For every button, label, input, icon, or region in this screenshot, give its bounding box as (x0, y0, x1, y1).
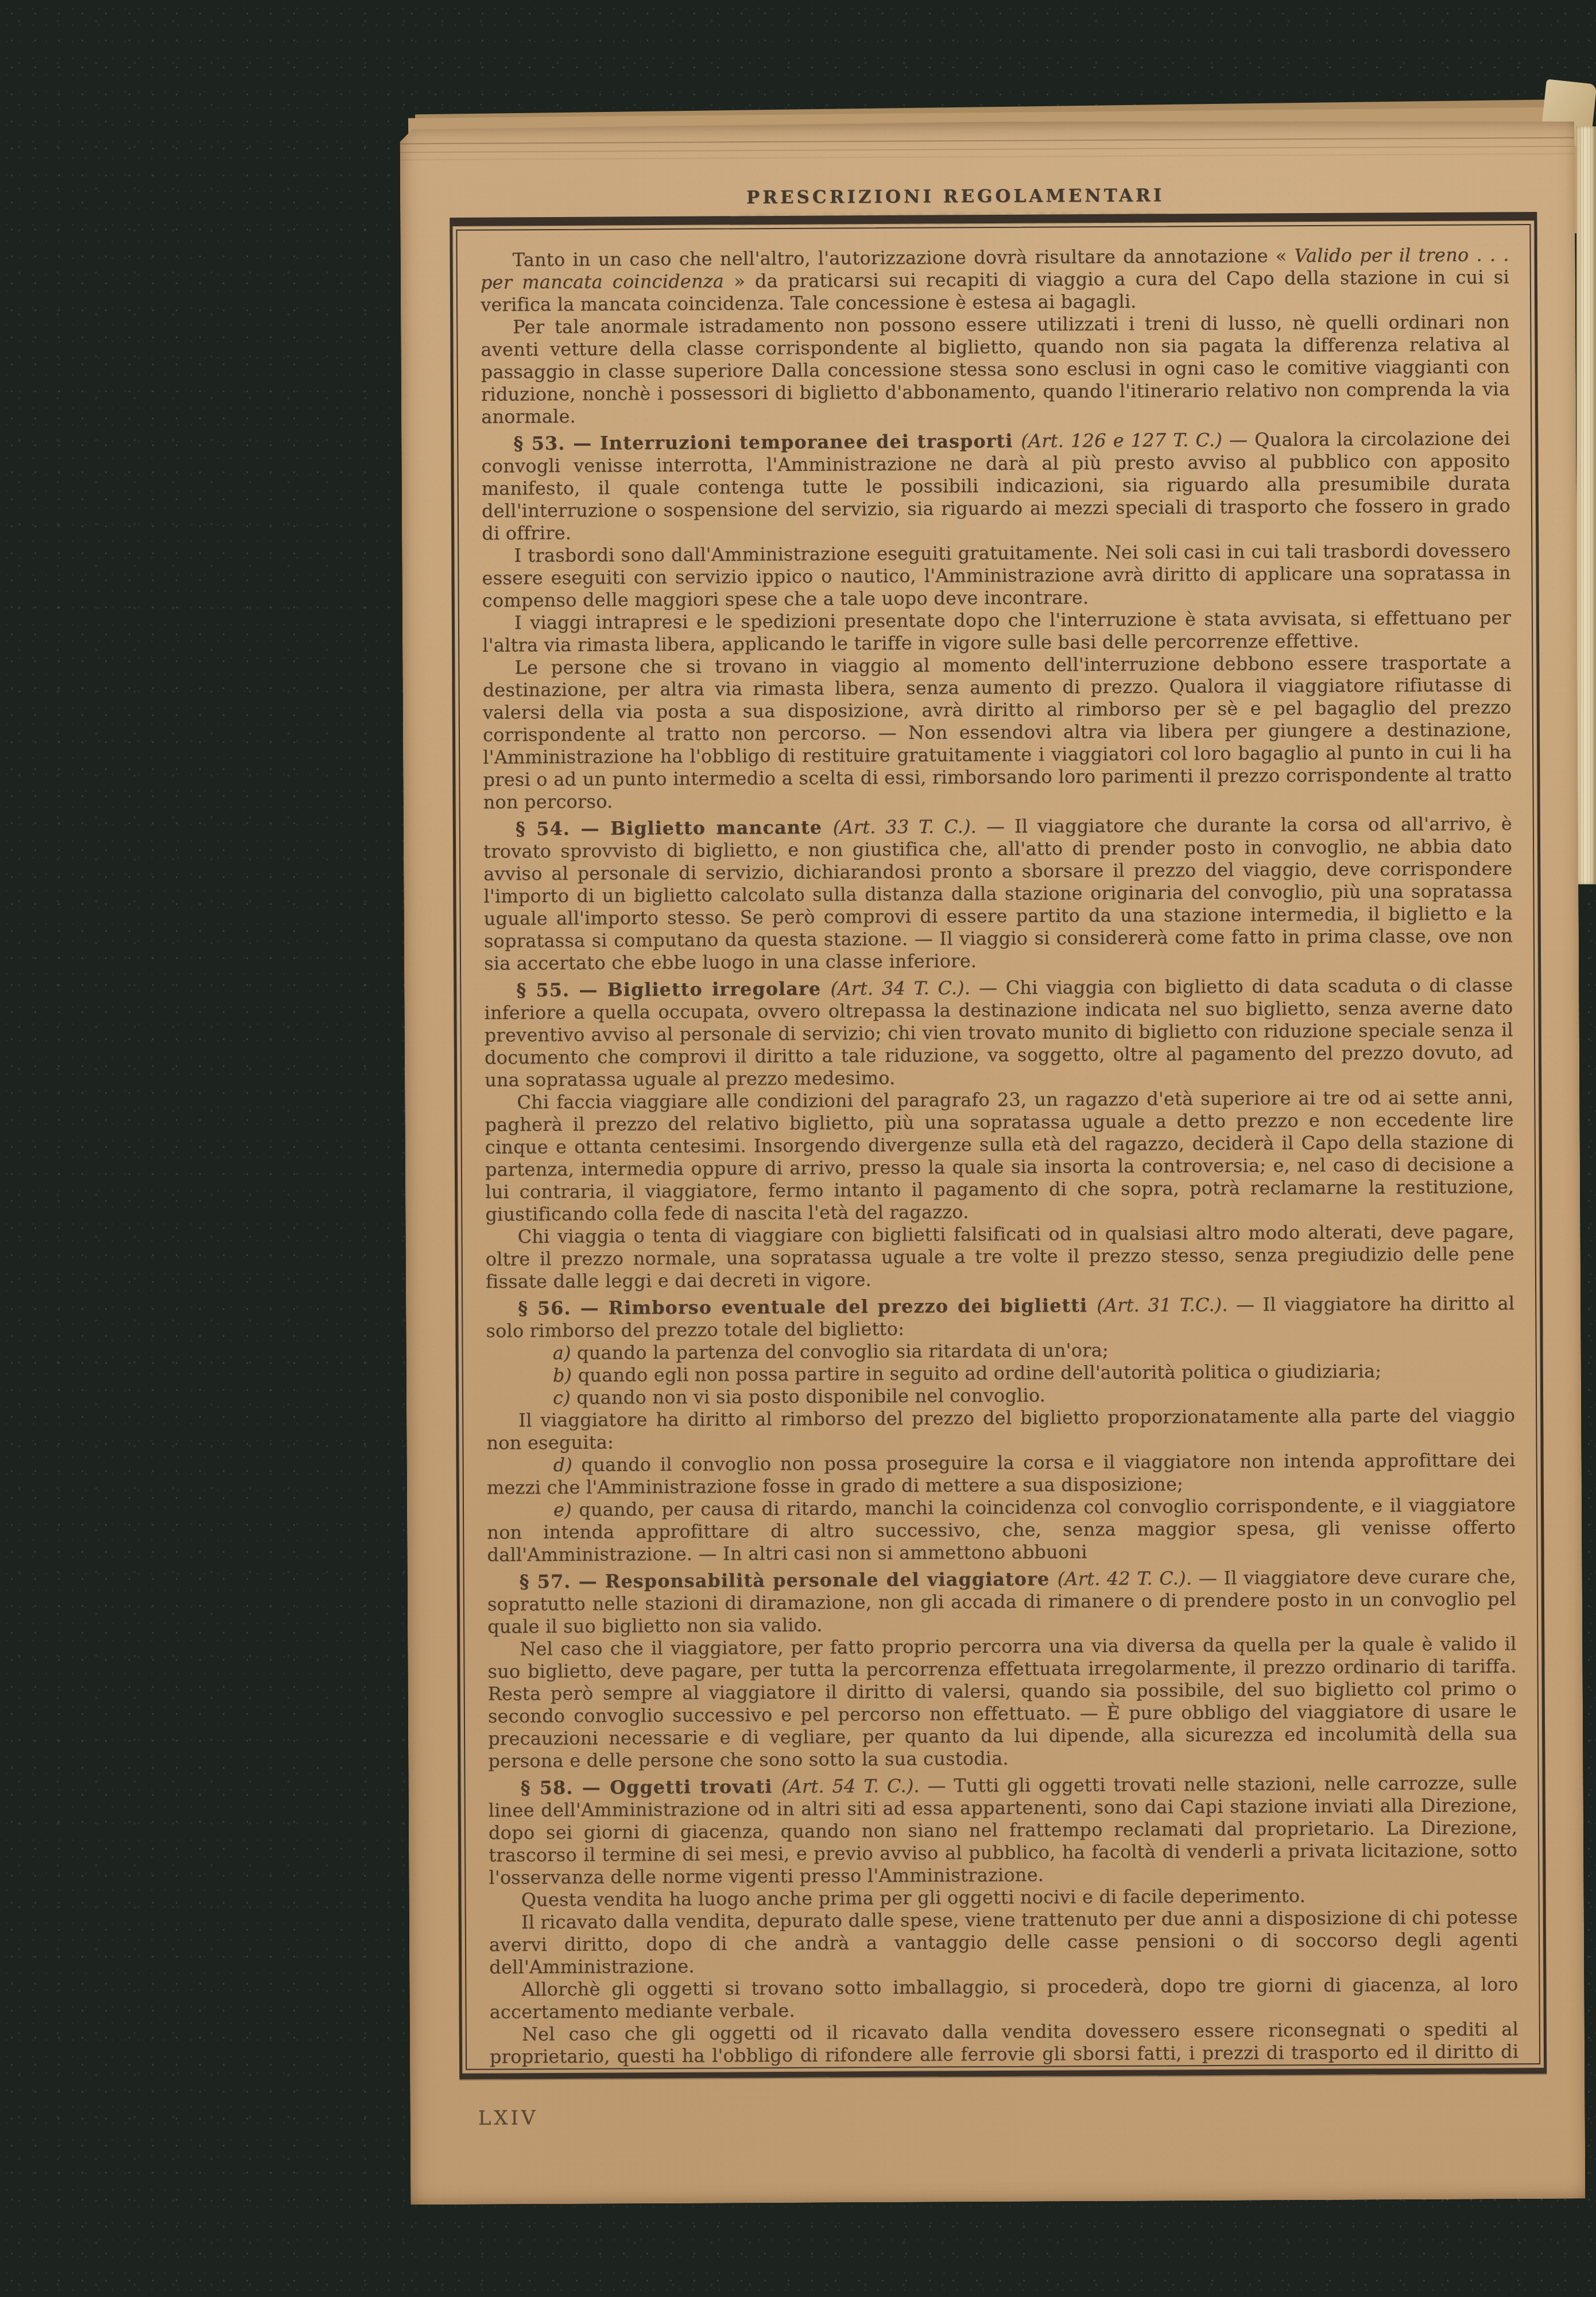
sheet-crease-line (400, 137, 1575, 145)
body-text: Allorchè gli oggetti si trovano sotto im… (490, 1973, 1518, 2023)
list-item-paragraph: d) quando il convoglio non possa prosegu… (487, 1449, 1516, 1499)
paragraph: Le persone che si trovano in viaggio al … (482, 651, 1512, 813)
paragraph: Chi faccia viaggiare alle condizioni del… (485, 1086, 1514, 1225)
article-reference: (Art. 54 T. C.). (781, 1775, 920, 1797)
sheet-crease-line (400, 146, 1575, 153)
article-reference: d) (553, 1454, 573, 1476)
section-heading: § 54. — Biglietto mancante (516, 816, 833, 840)
body-text: I viaggi intrapresi e le spedizioni pres… (482, 606, 1511, 656)
section-paragraph: § 53. — Interruzioni temporanee dei tras… (481, 427, 1510, 544)
body-text: Questa vendita ha luogo anche prima per … (521, 1885, 1306, 1911)
body-text: Le persone che si trovano in viaggio al … (482, 651, 1512, 813)
text-frame-border: Tanto in un caso che nell'altro, l'autor… (450, 212, 1547, 2079)
body-text: quando, per causa di ritardo, manchi la … (487, 1494, 1516, 1565)
page-header: PRESCRIZIONI REGOLAMENTARI (368, 183, 1543, 210)
paragraph: Chi viaggia o tenta di viaggiare con big… (485, 1220, 1514, 1293)
article-reference: e) (553, 1499, 572, 1521)
section-heading: § 55. — Biglietto irregolare (516, 977, 830, 1001)
body-text: Chi viaggia o tenta di viaggiare con big… (486, 1220, 1514, 1292)
paragraph: Nel caso che gli oggetti od il ricavato … (490, 2018, 1519, 2069)
article-reference: b) (553, 1364, 572, 1386)
section-heading: § 57. — Responsabilità personale del via… (520, 1568, 1057, 1592)
sheet-crease-line (400, 153, 1575, 161)
article-reference: (Art. 34 T. C.). (830, 977, 970, 999)
page-number: LXIV (478, 2106, 539, 2130)
paragraph: Tanto in un caso che nell'altro, l'autor… (481, 243, 1510, 316)
body-text: Tanto in un caso che nell'altro, l'autor… (513, 245, 1295, 270)
body-text: Per tale anormale istradamento non posso… (481, 311, 1510, 427)
book-fore-edge (1576, 126, 1596, 884)
section-heading: § 53. — Interruzioni temporanee dei tras… (513, 430, 1021, 455)
section-paragraph: § 54. — Biglietto mancante (Art. 33 T. C… (483, 813, 1513, 975)
section-heading: § 56. — Rimborso eventuale del prezzo de… (518, 1294, 1097, 1319)
paragraph: Allorchè gli oggetti si trovano sotto im… (489, 1973, 1518, 2023)
article-reference: (Art. 33 T. C.). (832, 815, 977, 838)
section-paragraph: § 58. — Oggetti trovati (Art. 54 T. C.).… (488, 1772, 1517, 1889)
paragraph: Per tale anormale istradamento non posso… (481, 311, 1510, 428)
body-text: quando la partenza del convoglio sia rit… (571, 1339, 1109, 1364)
body-text: Il viaggiatore ha diritto al rimborso de… (486, 1404, 1515, 1453)
body-text: Nel caso che il viaggiatore, per fatto p… (487, 1633, 1517, 1772)
paragraph: Il ricavato dalla vendita, depurato dall… (489, 1906, 1518, 1978)
body-text: Il ricavato dalla vendita, depurato dall… (489, 1906, 1518, 1978)
paragraph: I trasbordi sono dall'Amministrazione es… (482, 539, 1511, 612)
body-text: quando egli non possa partire in seguito… (572, 1360, 1381, 1386)
body-text: quando non vi sia posto disponibile nel … (571, 1385, 1046, 1409)
body-text: quando il convoglio non possa proseguire… (487, 1449, 1516, 1498)
regulations-text: Tanto in un caso che nell'altro, l'autor… (457, 225, 1539, 2069)
body-text: I trasbordi sono dall'Amministrazione es… (482, 539, 1510, 611)
book-page: PRESCRIZIONI REGOLAMENTARI PRESCRIZIONI … (400, 119, 1585, 2205)
section-heading: § 58. — Oggetti trovati (520, 1776, 781, 1799)
article-reference: a) (553, 1342, 571, 1364)
body-text: Nel caso che gli oggetti od il ricavato … (490, 2018, 1518, 2069)
section-paragraph: § 55. — Biglietto irregolare (Art. 34 T.… (484, 974, 1513, 1091)
paragraph: I viaggi intrapresi e le spedizioni pres… (482, 606, 1511, 656)
list-item-paragraph: e) quando, per causa di ritardo, manchi … (487, 1494, 1516, 1566)
paragraph: Il viaggiatore ha diritto al rimborso de… (486, 1404, 1515, 1454)
text-frame-inner-rule: Tanto in un caso che nell'altro, l'autor… (456, 224, 1540, 2070)
article-reference: (Art. 126 e 127 T. C.) (1021, 429, 1222, 452)
scan-background: { "document": { "header": "PRESCRIZIONI … (0, 0, 1596, 2297)
article-reference: (Art. 42 T. C.). (1057, 1567, 1192, 1590)
body-text: Chi faccia viaggiare alle condizioni del… (485, 1086, 1514, 1225)
article-reference: (Art. 31 T.C.). (1097, 1294, 1228, 1316)
section-paragraph: § 56. — Rimborso eventuale del prezzo de… (486, 1292, 1514, 1342)
paragraph: Nel caso che il viaggiatore, per fatto p… (487, 1633, 1517, 1772)
section-paragraph: § 57. — Responsabilità personale del via… (487, 1565, 1517, 1638)
article-reference: c) (553, 1387, 571, 1409)
